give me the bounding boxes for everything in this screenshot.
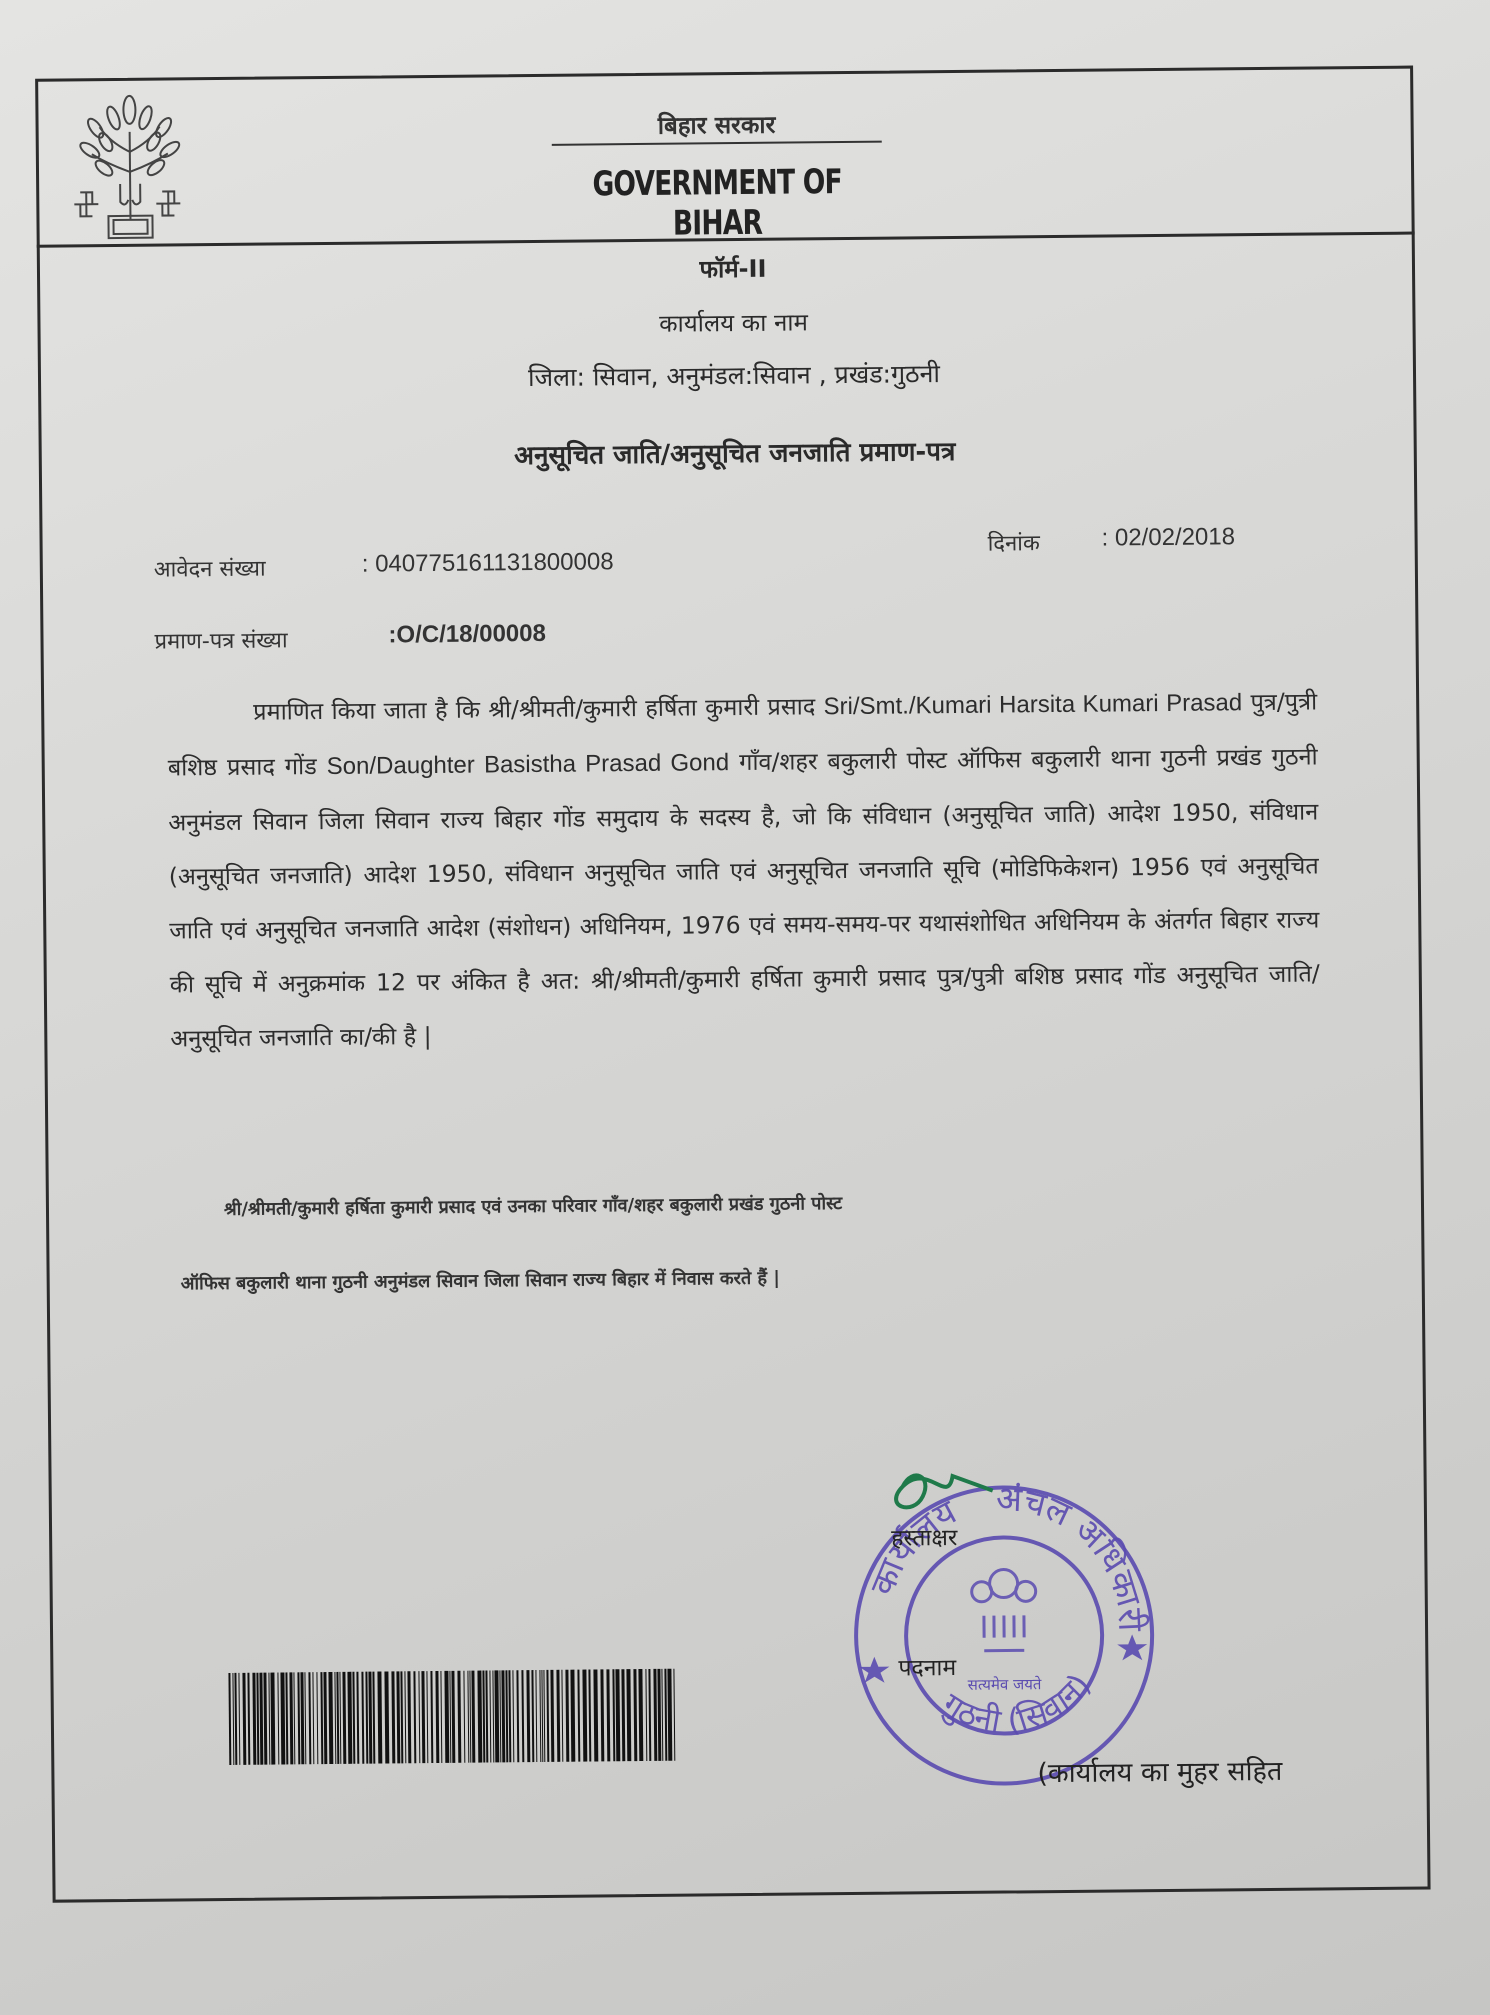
stamp-top-text-2: अंचल अधिकारी <box>995 1478 1151 1635</box>
svg-text:अंचल अधिकारी: अंचल अधिकारी <box>995 1478 1151 1635</box>
barcode-icon <box>228 1669 681 1765</box>
signature-label: हस्ताक्षर <box>891 1520 957 1553</box>
national-emblem-icon <box>971 1569 1036 1651</box>
body-text-1: प्रमाणित किया जाता है कि श्री/श्रीमती/कु… <box>253 692 824 725</box>
certificate-number-label: प्रमाण-पत्र संख्या <box>154 624 287 655</box>
seal-label: (कार्यालय का मुहर सहित <box>1037 1751 1282 1790</box>
date-label: दिनांक <box>987 527 1039 557</box>
body-text-3: गाँव/शहर बकुलारी पोस्ट ऑफिस बकुलारी थाना… <box>168 742 1320 1052</box>
certificate-body: प्रमाणित किया जाता है कि श्री/श्रीमती/कु… <box>167 674 1321 1065</box>
stamp-motto: सत्यमेव जयते <box>968 1675 1042 1694</box>
application-number-value: : 040775161131800008 <box>362 548 614 578</box>
applicant-name-english: Sri/Smt./Kumari Harsita Kumari Prasad <box>823 689 1242 720</box>
header-english-title: GOVERNMENT OF BIHAR <box>573 162 862 245</box>
designation-label: पदनाम <box>898 1650 956 1683</box>
date-value: : 02/02/2018 <box>1101 523 1235 552</box>
parent-name-english: Son/Daughter Basistha Prasad Gond <box>327 749 730 780</box>
certificate-number-value: :O/C/18/00008 <box>388 620 546 650</box>
application-number-label: आवेदन संख्या <box>154 553 266 584</box>
certificate-page: बिहार सरकार GOVERNMENT OF BIHAR फॉर्म-II… <box>0 0 1490 2015</box>
office-seal-stamp: कार्यालय अंचल अधिकारी गुठनी (सिवान) सत्य… <box>842 1464 1165 1787</box>
header-hindi-title: बिहार सरकार <box>551 107 881 143</box>
bodhi-tree-emblem-icon <box>69 91 190 242</box>
